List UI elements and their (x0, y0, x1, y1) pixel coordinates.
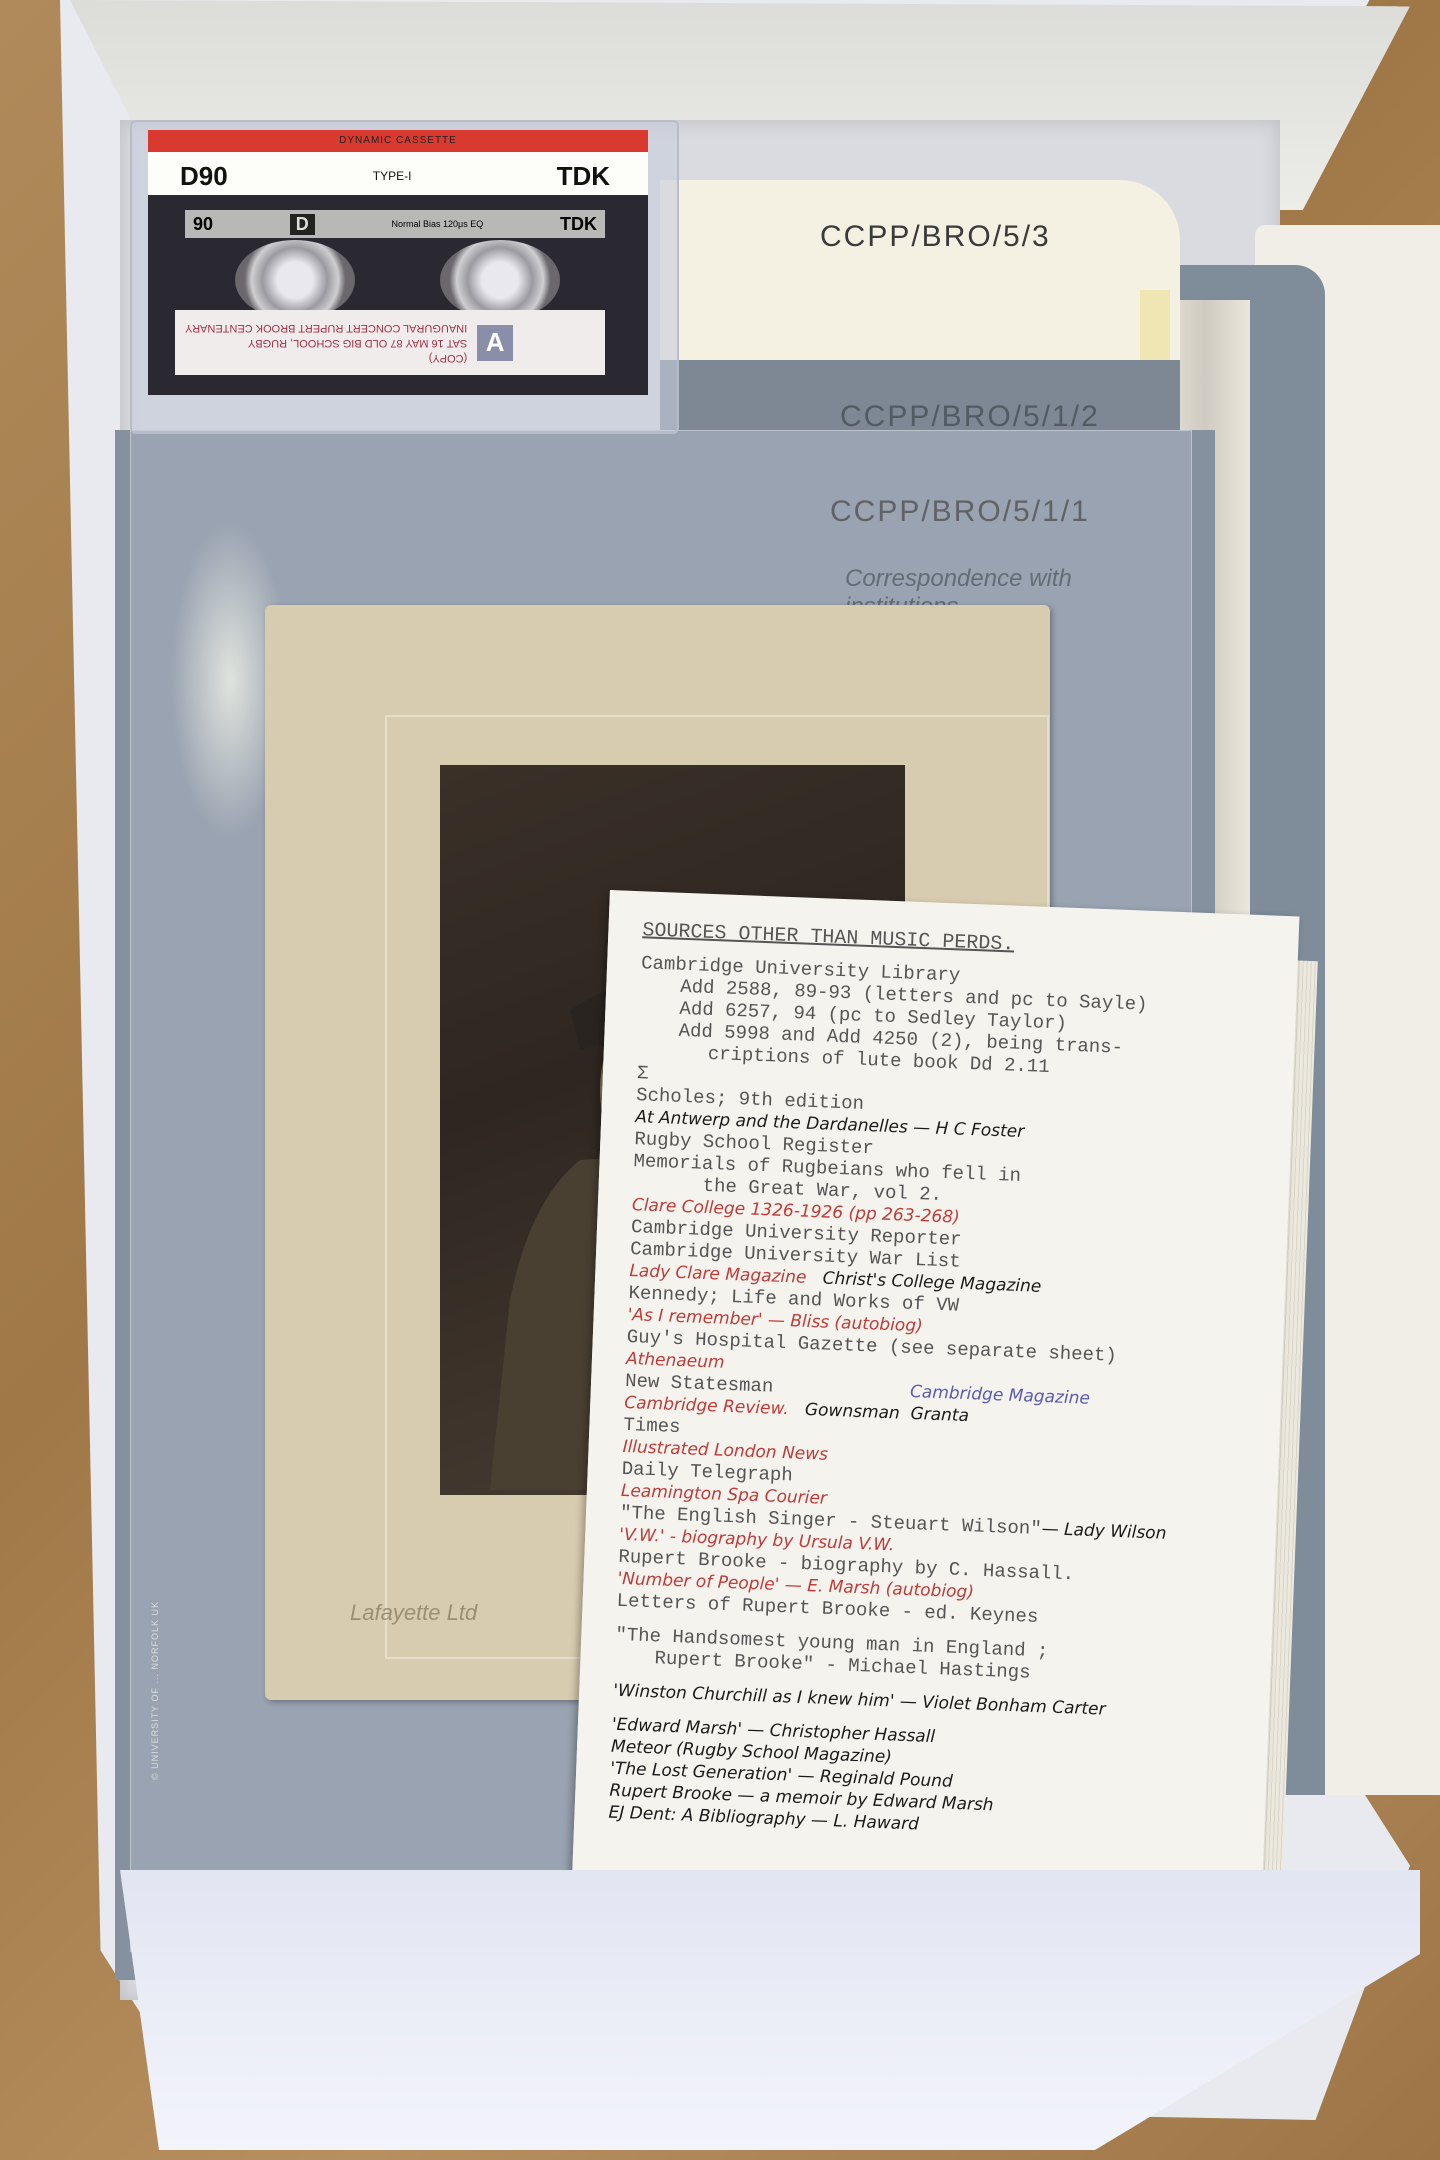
cassette-length: 90 (193, 214, 213, 235)
cassette-bias: Normal Bias 120μs EQ (392, 219, 484, 229)
reel-icon (440, 240, 560, 320)
cassette-model: D90 (180, 161, 228, 192)
cassette-brand: TDK (557, 161, 610, 192)
cassette-stripe: DYNAMIC CASSETTE (148, 130, 648, 152)
cassette-brand-row: D90 TYPE-I TDK (180, 160, 610, 192)
sleeve-spine-text: © UNIVERSITY OF ... NORFOLK UK (150, 1601, 160, 1780)
cassette-notes: (COPY) SAT 16 MAY 87 OLD BIG SCHOOL, RUG… (185, 320, 467, 365)
folder-label: CCPP/BRO/5/1/2 (840, 400, 1100, 434)
cassette-shell-brand: TDK (560, 214, 597, 235)
sources-sheet[interactable]: SOURCES OTHER THAN MUSIC PERDS. Cambridg… (572, 890, 1300, 1916)
cassette-type: TYPE-I (373, 169, 412, 183)
cassette-handwritten-label: (COPY) SAT 16 MAY 87 OLD BIG SCHOOL, RUG… (175, 310, 605, 375)
folder-label: CCPP/BRO/5/3 (820, 220, 1051, 254)
cassette-shell-label: 90 D Normal Bias 120μs EQ TDK (185, 210, 605, 238)
cassette-letter: D (290, 214, 315, 235)
reel-icon (235, 240, 355, 320)
studio-mark: Lafayette Ltd (350, 1600, 477, 1626)
side-a-badge: A (477, 325, 513, 361)
